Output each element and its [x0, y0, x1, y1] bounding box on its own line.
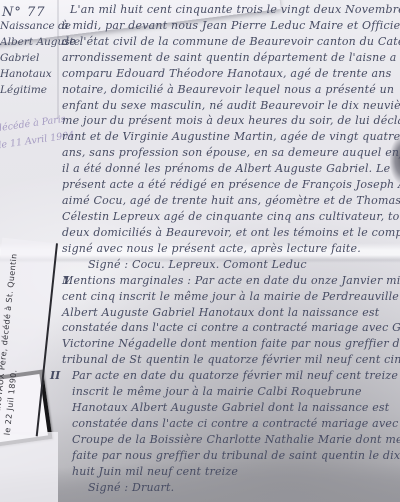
- handwritten-line: enfant du sexe masculin, né audit Beaure…: [62, 98, 400, 114]
- handwritten-line: Mentions marginales : Par acte en date d…: [62, 273, 400, 289]
- handwritten-line: arrondissement de saint quentin départem…: [62, 50, 400, 66]
- handwritten-line: de l'état civil de la commune de Beaurev…: [62, 34, 400, 50]
- handwritten-line: Croupe de la Boissière Charlotte Nathali…: [62, 432, 400, 448]
- handwritten-line: tribunal de St quentin le quatorze févri…: [62, 352, 400, 368]
- handwritten-line: faite par nous greffier du tribunal de s…: [62, 448, 400, 464]
- handwritten-line: constatée dans l'acte ci contre a contra…: [62, 416, 400, 432]
- handwritten-line: Victorine Négadelle dont mention faite p…: [62, 336, 400, 352]
- mention-marker-2: II: [50, 369, 60, 382]
- scanned-birth-record: M. HANOTAUX Père, décédé à St. Quentin l…: [0, 0, 400, 502]
- handwritten-line: ans, sans profession son épouse, en sa d…: [62, 145, 400, 161]
- act-number: N° 77: [2, 5, 46, 20]
- handwritten-line: deux domiciliés à Beaurevoir, et ont les…: [62, 225, 400, 241]
- handwritten-line: rant et de Virginie Augustine Martin, ag…: [62, 129, 400, 145]
- handwritten-line: Signé : Druart.: [62, 480, 400, 496]
- handwritten-line: Célestin Lepreux agé de cinquante cinq a…: [62, 209, 400, 225]
- handwritten-line: notaire, domicilié à Beaurevoir lequel n…: [62, 82, 400, 98]
- handwritten-line: Hanotaux Albert Auguste Gabriel dont la …: [62, 400, 400, 416]
- handwritten-line: inscrit le même jour à la mairie Calbi R…: [62, 384, 400, 400]
- handwritten-line: Signé : Cocu. Lepreux. Comont Leduc: [62, 257, 400, 273]
- handwritten-line: L'an mil huit cent cinquante trois le vi…: [62, 2, 400, 18]
- handwritten-line: cent cinq inscrit le même jour à la mair…: [62, 289, 400, 305]
- handwritten-line: me jour du présent mois à deux heures du…: [62, 113, 400, 129]
- handwritten-line: il a été donné les prénoms de Albert Aug…: [62, 161, 400, 177]
- handwritten-line: Par acte en date du quatorze février mil…: [62, 368, 400, 384]
- handwritten-line: présent acte a été rédigé en présence de…: [62, 177, 400, 193]
- handwritten-line: huit Juin mil neuf cent treize: [62, 464, 400, 480]
- handwritten-line: comparu Edouard Théodore Hanotaux, agé d…: [62, 66, 400, 82]
- paper-light-corner: [0, 432, 58, 502]
- handwritten-line: signé avec nous le présent acte, après l…: [62, 241, 400, 257]
- side-annotation-strip: M. HANOTAUX Père, décédé à St. Quentin l…: [0, 238, 58, 437]
- act-body-text: L'an mil huit cent cinquante trois le vi…: [62, 2, 400, 496]
- handwritten-line: Albert Auguste Gabriel Hanotaux dont la …: [62, 305, 400, 321]
- handwritten-line: aimé Cocu, agé de trente huit ans, géomè…: [62, 193, 400, 209]
- handwritten-line: à midi, par devant nous Jean Pierre Ledu…: [62, 18, 400, 34]
- strip-annotation: M. HANOTAUX Père, décédé à St. Quentin l…: [0, 238, 46, 437]
- handwritten-line: constatée dans l'acte ci contre a contra…: [62, 320, 400, 336]
